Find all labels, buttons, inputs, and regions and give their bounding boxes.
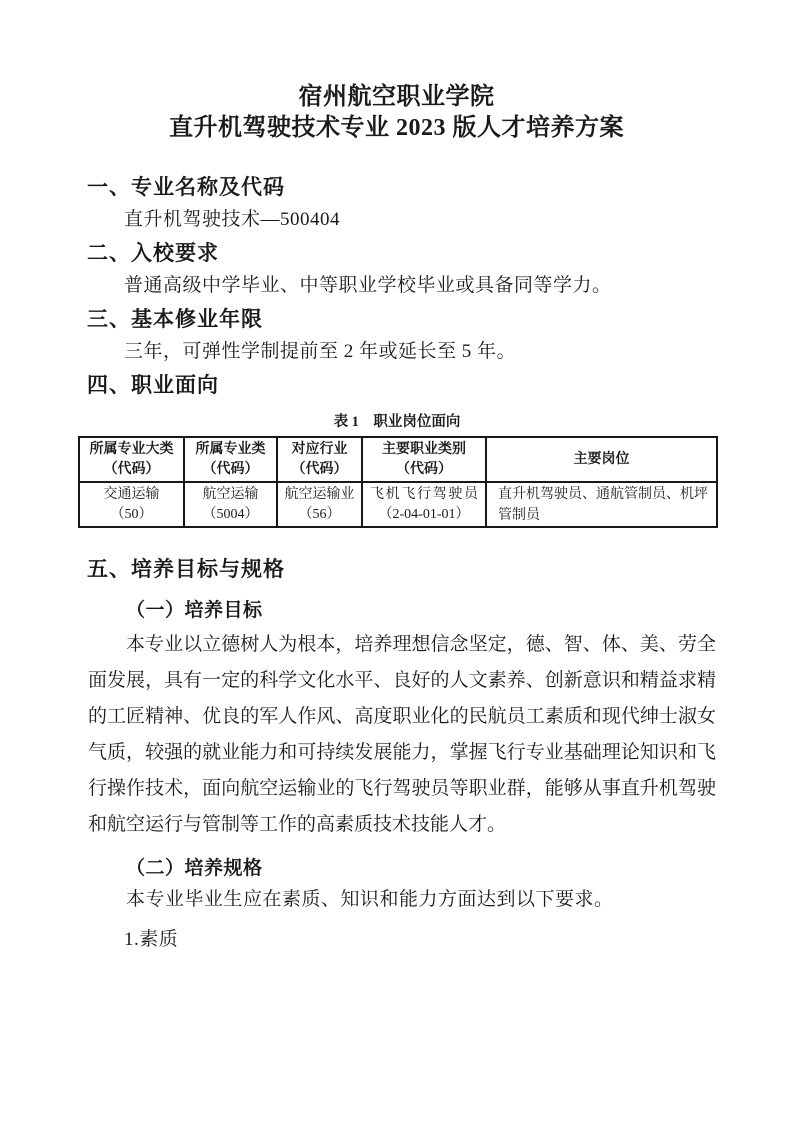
section-3-body: 三年，可弹性学制提前至 2 年或延长至 5 年。 — [124, 336, 516, 368]
section-2-body: 普通高级中学毕业、中等职业学校毕业或具备同等学力。 — [124, 270, 612, 302]
header-line: 主要职业类别 — [363, 440, 485, 460]
header-line: 对应行业 — [278, 440, 361, 460]
cell-text: 直升机驾驶员、通航管制员、机坪管制员 — [498, 484, 711, 526]
cell-line: （56） — [278, 505, 361, 525]
cell-line: （50） — [80, 505, 183, 525]
cell-line: 航空运输 — [185, 485, 276, 505]
cell-line: 航空运输业 — [278, 485, 361, 505]
subsection-2-heading: （二）培养规格 — [126, 853, 263, 885]
header-line: （代码） — [185, 460, 276, 480]
paragraph-line: 面发展，具有一定的科学文化水平、良好的人文素养、创新意识和精益求精 — [88, 663, 716, 699]
doc-title-line2: 直升机驾驶技术专业 2023 版人才培养方案 — [0, 111, 793, 145]
subsection-2-intro: 本专业毕业生应在素质、知识和能力方面达到以下要求。 — [88, 884, 614, 916]
header-line: 主要岗位 — [487, 450, 716, 470]
table-header-cell: 主要职业类别 （代码） — [362, 437, 486, 482]
cell-line: （5004） — [185, 505, 276, 525]
table-header-row: 所属专业大类 （代码） 所属专业类 （代码） 对应行业 （代码） 主要职业类别 … — [79, 437, 717, 482]
paragraph-line: 本专业以立德树人为根本，培养理想信念坚定，德、智、体、美、劳全 — [88, 627, 716, 663]
header-line: 所属专业类 — [185, 440, 276, 460]
paragraph-line: 气质，较强的就业能力和可持续发展能力，掌握飞行专业基础理论知识和飞 — [88, 735, 716, 771]
header-line: （代码） — [80, 460, 183, 480]
table-cell: 直升机驾驶员、通航管制员、机坪管制员 — [486, 482, 717, 527]
training-objectives-paragraph: 本专业以立德树人为根本，培养理想信念坚定，德、智、体、美、劳全 面发展，具有一定… — [88, 627, 716, 843]
subsection-2-item-1: 1.素质 — [124, 924, 178, 956]
job-orientation-table: 所属专业大类 （代码） 所属专业类 （代码） 对应行业 （代码） 主要职业类别 … — [78, 436, 718, 528]
table-cell: 航空运输业 （56） — [277, 482, 362, 527]
section-5-heading: 五、培养目标与规格 — [87, 553, 285, 585]
table-1-caption: 表 1 职业岗位面向 — [78, 412, 716, 433]
cell-line: 交通运输 — [80, 485, 183, 505]
document-page: 宿州航空职业学院 直升机驾驶技术专业 2023 版人才培养方案 一、专业名称及代… — [0, 0, 793, 1122]
table-header-cell: 所属专业类 （代码） — [184, 437, 277, 482]
cell-line: （2-04-01-01） — [363, 505, 485, 525]
header-line: 所属专业大类 — [80, 440, 183, 460]
header-line: （代码） — [278, 460, 361, 480]
table-cell: 飞机飞行驾驶员 （2-04-01-01） — [362, 482, 486, 527]
subsection-1-heading: （一）培养目标 — [126, 595, 263, 627]
paragraph-line: 行操作技术，面向航空运输业的飞行驾驶员等职业群，能够从事直升机驾驶 — [88, 771, 716, 807]
section-1-body: 直升机驾驶技术—500404 — [124, 204, 340, 236]
section-2-heading: 二、入校要求 — [87, 237, 219, 269]
table-header-cell: 主要岗位 — [486, 437, 717, 482]
section-4-heading: 四、职业面向 — [87, 369, 219, 401]
table-row: 交通运输 （50） 航空运输 （5004） 航空运输业 （56） 飞机飞行驾驶员… — [79, 482, 717, 527]
table-header-cell: 所属专业大类 （代码） — [79, 437, 184, 482]
paragraph-line: 和航空运行与管制等工作的高素质技术技能人才。 — [88, 807, 716, 843]
table-cell: 航空运输 （5004） — [184, 482, 277, 527]
table-header-cell: 对应行业 （代码） — [277, 437, 362, 482]
table-cell: 交通运输 （50） — [79, 482, 184, 527]
doc-title-line1: 宿州航空职业学院 — [0, 80, 793, 114]
header-line: （代码） — [363, 460, 485, 480]
section-3-heading: 三、基本修业年限 — [87, 303, 263, 335]
cell-line: 飞机飞行驾驶员 — [363, 485, 485, 505]
paragraph-line: 的工匠精神、优良的军人作风、高度职业化的民航员工素质和现代绅士淑女 — [88, 699, 716, 735]
section-1-heading: 一、专业名称及代码 — [87, 171, 285, 203]
